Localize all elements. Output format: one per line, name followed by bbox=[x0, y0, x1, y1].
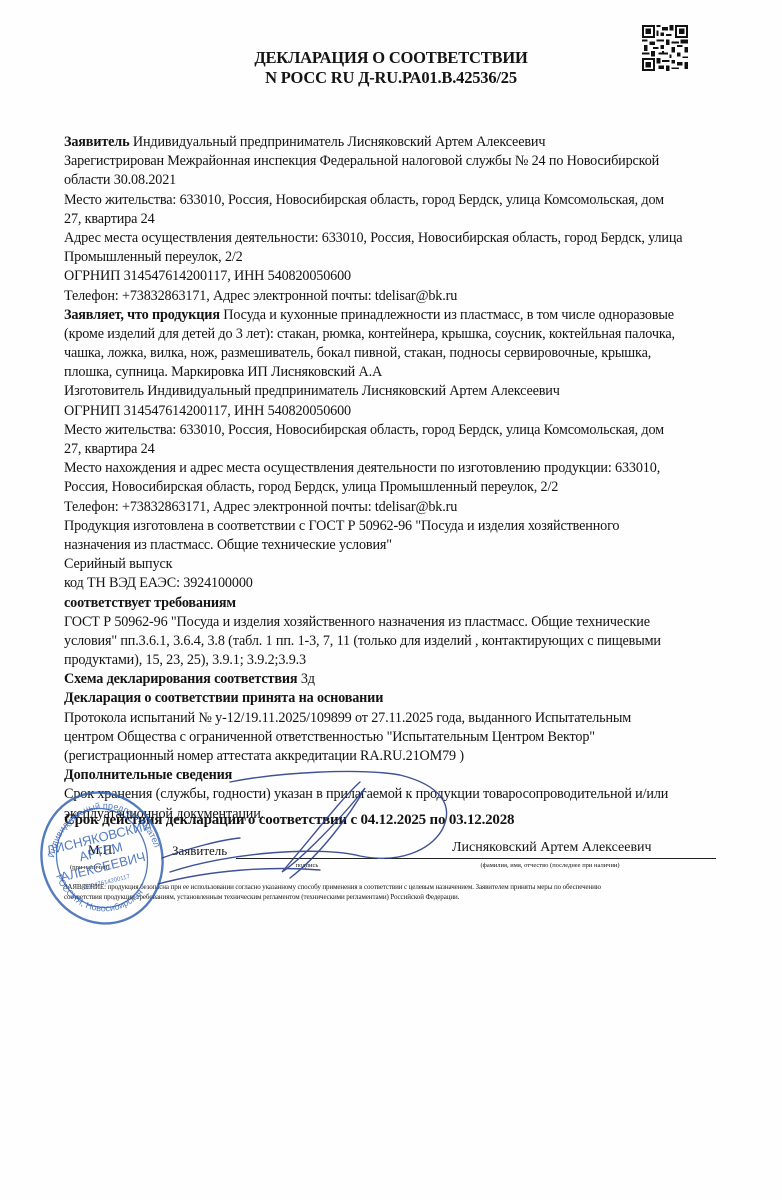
document-line: области 30.08.2021 bbox=[64, 171, 724, 190]
seal-stamp-icon: Индивидуальный предприниматель РОССИЯ, Н… bbox=[36, 776, 168, 934]
document-line: центром Общества с ограниченной ответств… bbox=[64, 728, 724, 747]
document-line: (кроме изделий для детей до 3 лет): стак… bbox=[64, 325, 724, 344]
line-text: Продукция изготовлена в соответствии с Г… bbox=[64, 518, 619, 534]
line-text: Индивидуальный предприниматель Лисняковс… bbox=[129, 134, 545, 150]
line-text: Россия, Новосибирская область, город Бер… bbox=[64, 479, 558, 495]
line-text: 27, квартира 24 bbox=[64, 441, 155, 457]
document-line: Схема декларирования соответствия 3д bbox=[64, 670, 724, 689]
section-heading: Заявитель bbox=[64, 134, 129, 150]
line-text: чашка, ложка, вилка, нож, размешиватель,… bbox=[64, 345, 651, 361]
section-heading: Заявляет, что продукция bbox=[64, 307, 220, 323]
section-heading: Декларация о соответствии принята на осн… bbox=[64, 690, 383, 706]
document-line: Место жительства: 633010, Россия, Новоси… bbox=[64, 191, 724, 210]
document-line: Продукция изготовлена в соответствии с Г… bbox=[64, 517, 724, 536]
line-text: (кроме изделий для детей до 3 лет): стак… bbox=[64, 326, 675, 342]
line-text: Посуда и кухонные принадлежности из плас… bbox=[220, 307, 674, 323]
line-text: плошка, супница. Маркировка ИП Лисняковс… bbox=[64, 364, 382, 380]
document-line: 27, квартира 24 bbox=[64, 440, 724, 459]
document-line: Серийный выпуск bbox=[64, 555, 724, 574]
document-line: код ТН ВЭД ЕАЭС: 3924100000 bbox=[64, 574, 724, 593]
document-line: Россия, Новосибирская область, город Бер… bbox=[64, 478, 724, 497]
line-text: Протокола испытаний № у-12/19.11.2025/10… bbox=[64, 710, 631, 726]
line-text: Зарегистрирован Межрайонная инспекция Фе… bbox=[64, 153, 659, 169]
line-text: 27, квартира 24 bbox=[64, 211, 155, 227]
line-text: Адрес места осуществления деятельности: … bbox=[64, 230, 682, 246]
line-text: 3д bbox=[297, 671, 314, 687]
line-text: Место жительства: 633010, Россия, Новоси… bbox=[64, 192, 664, 208]
line-text: ГОСТ Р 50962-96 "Посуда и изделия хозяйс… bbox=[64, 614, 650, 630]
document-line: плошка, супница. Маркировка ИП Лисняковс… bbox=[64, 363, 724, 382]
document-line: Заявитель Индивидуальный предприниматель… bbox=[64, 133, 724, 152]
line-text: продуктами), 15, 23, 25), 3.9.1; 3.9.2;3… bbox=[64, 652, 306, 668]
document-line: назначения из пластмасс. Общие техническ… bbox=[64, 536, 724, 555]
line-text: Телефон: +73832863171, Адрес электронной… bbox=[64, 288, 457, 304]
line-text: назначения из пластмасс. Общие техническ… bbox=[64, 537, 392, 553]
section-heading: Схема декларирования соответствия bbox=[64, 671, 297, 687]
document-line: Декларация о соответствии принята на осн… bbox=[64, 689, 724, 708]
document-number: N РОСС RU Д-RU.РА01.В.42536/25 bbox=[0, 68, 782, 88]
document-line: ОГРНИП 314547614200117, ИНН 540820050600 bbox=[64, 402, 724, 421]
document-line: чашка, ложка, вилка, нож, размешиватель,… bbox=[64, 344, 724, 363]
line-text: Промышленный переулок, 2/2 bbox=[64, 249, 243, 265]
line-text: Изготовитель Индивидуальный предпринимат… bbox=[64, 383, 560, 399]
document-line: продуктами), 15, 23, 25), 3.9.1; 3.9.2;3… bbox=[64, 651, 724, 670]
line-text: ОГРНИП 314547614200117, ИНН 540820050600 bbox=[64, 403, 351, 419]
line-text: области 30.08.2021 bbox=[64, 172, 176, 188]
document-line: соответствует требованиям bbox=[64, 594, 724, 613]
document-line: Изготовитель Индивидуальный предпринимат… bbox=[64, 382, 724, 401]
declaration-body: Заявитель Индивидуальный предприниматель… bbox=[64, 133, 724, 824]
handwritten-signature-icon bbox=[150, 760, 480, 890]
document-line: Место жительства: 633010, Россия, Новоси… bbox=[64, 421, 724, 440]
signer-name: Лисняковский Артем Алексеевич bbox=[452, 840, 652, 856]
document-line: 27, квартира 24 bbox=[64, 210, 724, 229]
document-line: Место нахождения и адрес места осуществл… bbox=[64, 459, 724, 478]
document-line: Промышленный переулок, 2/2 bbox=[64, 248, 724, 267]
document-line: ОГРНИП 314547614200117, ИНН 540820050600 bbox=[64, 267, 724, 286]
line-text: ОГРНИП 314547614200117, ИНН 540820050600 bbox=[64, 268, 351, 284]
line-text: код ТН ВЭД ЕАЭС: 3924100000 bbox=[64, 575, 253, 591]
line-text: Телефон: +73832863171, Адрес электронной… bbox=[64, 499, 457, 515]
declaration-page: ДЕКЛАРАЦИЯ О СООТВЕТСТВИИ N РОСС RU Д-RU… bbox=[0, 0, 782, 1200]
line-text: центром Общества с ограниченной ответств… bbox=[64, 729, 595, 745]
document-line: Телефон: +73832863171, Адрес электронной… bbox=[64, 287, 724, 306]
document-line: Адрес места осуществления деятельности: … bbox=[64, 229, 724, 248]
line-text: Место жительства: 633010, Россия, Новоси… bbox=[64, 422, 664, 438]
line-text: Место нахождения и адрес места осуществл… bbox=[64, 460, 660, 476]
section-heading: соответствует требованиям bbox=[64, 595, 236, 611]
line-text: условия" пп.3.6.1, 3.6.4, 3.8 (табл. 1 п… bbox=[64, 633, 661, 649]
document-line: Протокола испытаний № у-12/19.11.2025/10… bbox=[64, 709, 724, 728]
document-line: ГОСТ Р 50962-96 "Посуда и изделия хозяйс… bbox=[64, 613, 724, 632]
document-line: условия" пп.3.6.1, 3.6.4, 3.8 (табл. 1 п… bbox=[64, 632, 724, 651]
document-line: Заявляет, что продукция Посуда и кухонны… bbox=[64, 306, 724, 325]
qr-code-icon bbox=[642, 25, 688, 71]
document-line: Телефон: +73832863171, Адрес электронной… bbox=[64, 498, 724, 517]
line-text: Серийный выпуск bbox=[64, 556, 172, 572]
document-line: Зарегистрирован Межрайонная инспекция Фе… bbox=[64, 152, 724, 171]
